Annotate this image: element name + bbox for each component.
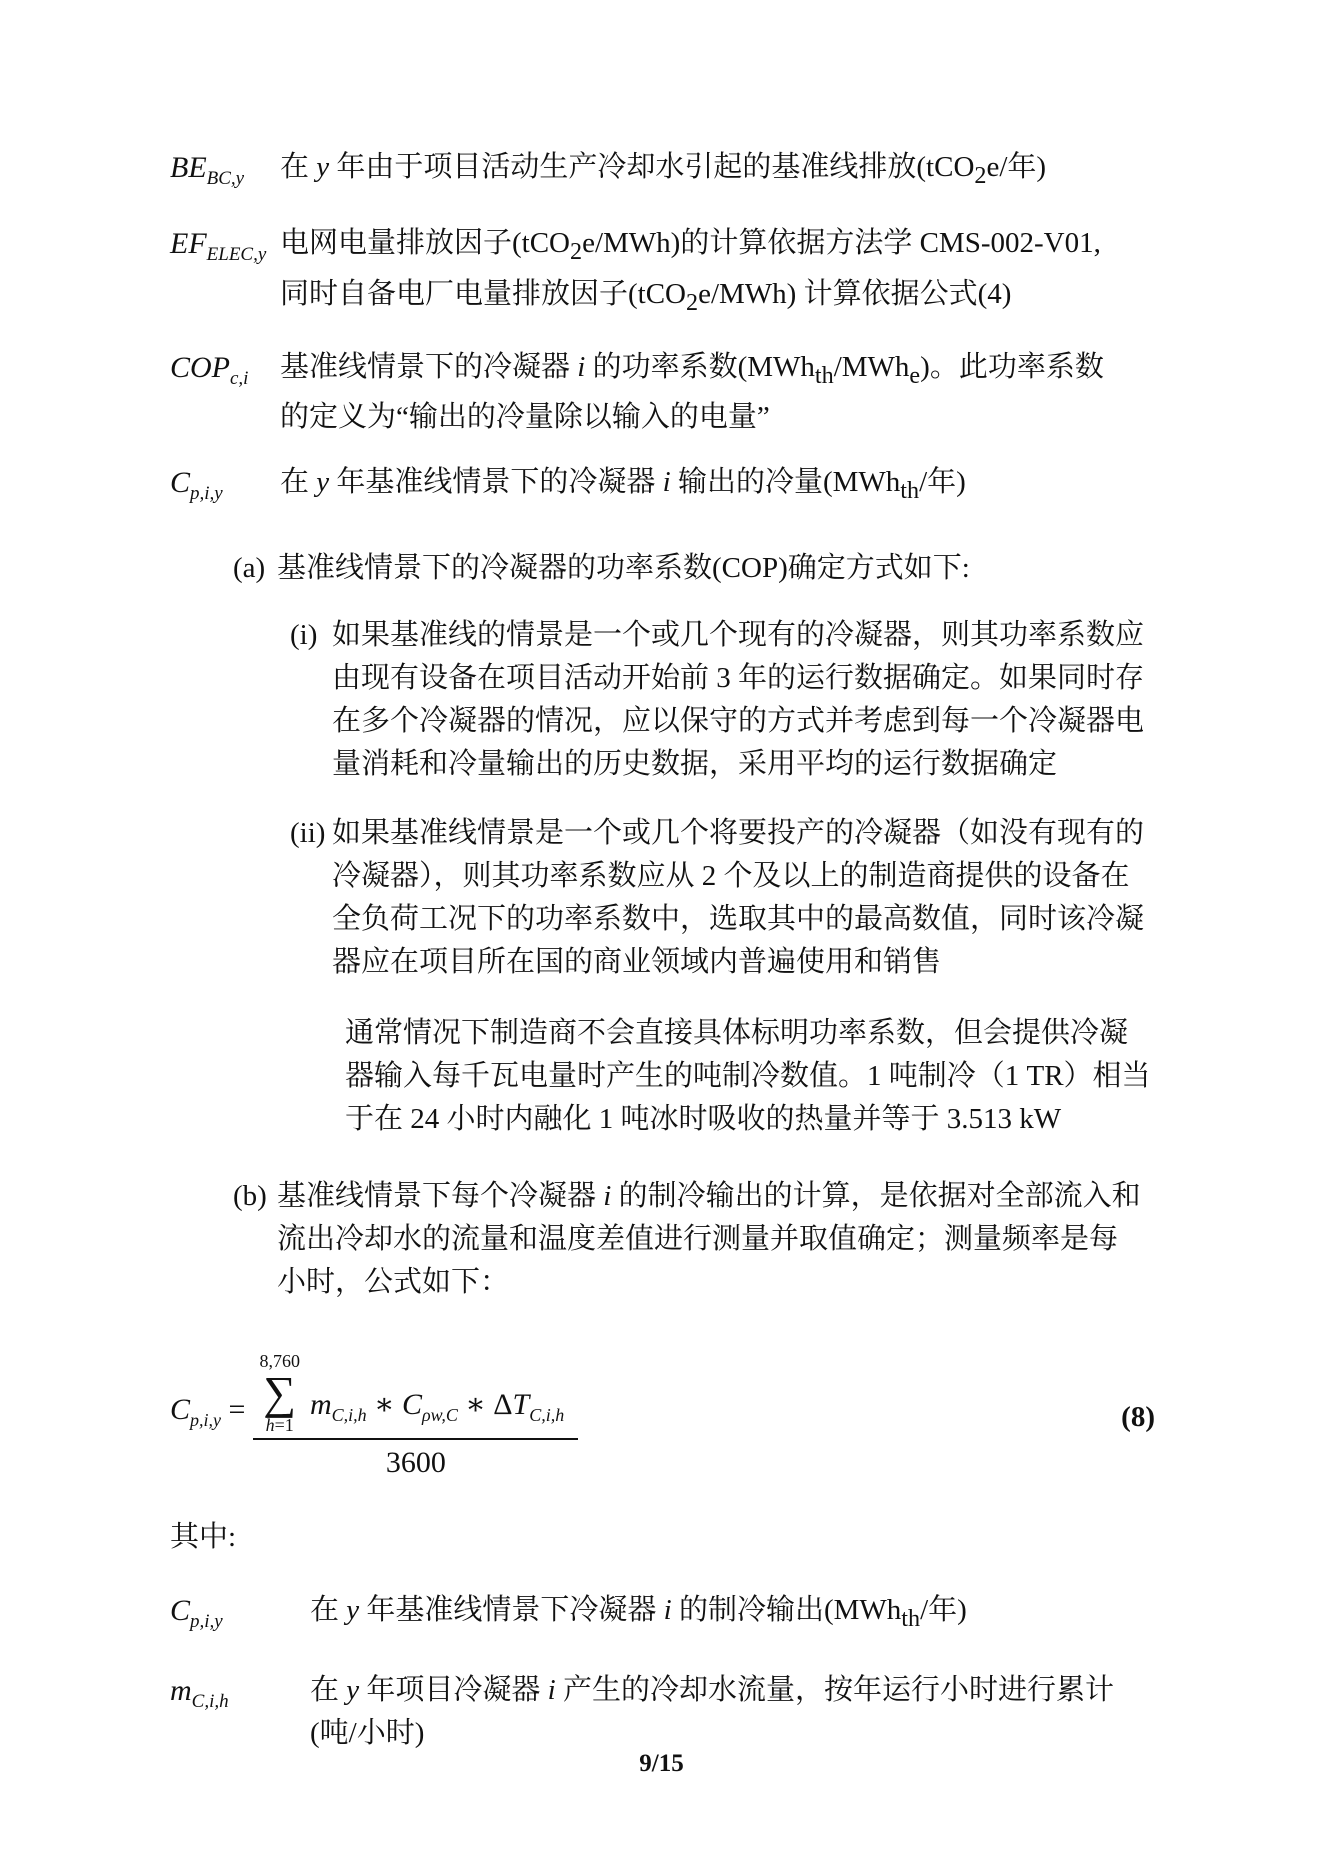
symbol-main: COP — [170, 351, 230, 384]
equation-fraction: 8,760 ∑ h=1 mC,i,h ∗ Cρw,C ∗ ΔTC,i,h 360… — [253, 1352, 578, 1479]
list-item-ii: (ii) 如果基准线情景是一个或几个将要投产的冷凝器（如没有现有的 冷凝器），则… — [290, 812, 1155, 984]
equation-lhs: Cp,i,y = — [170, 1388, 245, 1442]
symbol-cpiy-bottom: Cp,i,y — [170, 1589, 310, 1643]
paragraph-line: 器输入每千瓦电量时产生的吨制冷数值。1 吨制冷（1 TR）相当 — [345, 1055, 1155, 1098]
equation-8: Cp,i,y = 8,760 ∑ h=1 mC,i,h ∗ Cρw,C ∗ ΔT… — [170, 1340, 1155, 1490]
symbol-subscript: C,i,h — [192, 1691, 229, 1712]
list-item-ii-text: 如果基准线情景是一个或几个将要投产的冷凝器（如没有现有的 冷凝器），则其功率系数… — [332, 812, 1144, 984]
definition-text: 在 y 年基准线情景下冷凝器 i 的制冷输出(MWhth/年) — [310, 1589, 1155, 1640]
where-label: 其中: — [170, 1516, 1155, 1559]
paragraph-line: 如果基准线的情景是一个或几个现有的冷凝器，则其功率系数应 — [332, 614, 1144, 657]
list-marker-ii: (ii) — [290, 812, 332, 984]
definition-line: 同时自备电厂电量排放因子(tCO2e/MWh) 计算依据公式(4) — [280, 273, 1155, 324]
paragraph-line: 量消耗和冷量输出的历史数据，采用平均的运行数据确定 — [332, 743, 1144, 786]
summation-symbol: 8,760 ∑ h=1 — [259, 1352, 300, 1434]
paragraph-line: 通常情况下制造商不会直接具体标明功率系数，但会提供冷凝 — [345, 1012, 1155, 1055]
definition-row-ef: EFELEC,y 电网电量排放因子(tCO2e/MWh)的计算依据方法学 CMS… — [170, 222, 1155, 324]
definition-line: 基准线情景下的冷凝器 i 的功率系数(MWhth/MWhe)。此功率系数 — [280, 346, 1155, 397]
symbol-subscript: BC,y — [207, 168, 244, 189]
note-paragraph: 通常情况下制造商不会直接具体标明功率系数，但会提供冷凝 器输入每千瓦电量时产生的… — [345, 1012, 1155, 1141]
symbol-cpiy: Cp,i,y — [170, 461, 280, 515]
symbol-main: C — [170, 466, 190, 499]
definition-text: 在 y 年由于项目活动生产冷却水引起的基准线排放(tCO2e/年) — [280, 146, 1155, 197]
equation-numerator: 8,760 ∑ h=1 mC,i,h ∗ Cρw,C ∗ ΔTC,i,h — [253, 1352, 578, 1438]
symbol-main: BE — [170, 151, 207, 184]
symbol-main: C — [170, 1594, 190, 1627]
paragraph-line: 冷凝器），则其功率系数应从 2 个及以上的制造商提供的设备在 — [332, 855, 1144, 898]
definition-line: 在 y 年基准线情景下的冷凝器 i 输出的冷量(MWhth/年) — [280, 461, 1155, 512]
paragraph-line: 在多个冷凝器的情况，应以保守的方式并考虑到每一个冷凝器电 — [332, 700, 1144, 743]
symbol-cop: COPc,i — [170, 346, 280, 400]
definition-row-cop: COPc,i 基准线情景下的冷凝器 i 的功率系数(MWhth/MWhe)。此功… — [170, 346, 1155, 440]
list-item-a-text: 基准线情景下的冷凝器的功率系数(COP)确定方式如下: — [277, 547, 970, 590]
equation-number: (8) — [1121, 1396, 1155, 1439]
symbol-subscript: ELEC,y — [207, 244, 267, 265]
list-marker-a: (a) — [233, 547, 277, 590]
definition-line: 在 y 年基准线情景下冷凝器 i 的制冷输出(MWhth/年) — [310, 1589, 1155, 1640]
list-marker-i: (i) — [290, 614, 332, 786]
paragraph-line: 如果基准线情景是一个或几个将要投产的冷凝器（如没有现有的 — [332, 812, 1144, 855]
definition-row-be: BEBC,y 在 y 年由于项目活动生产冷却水引起的基准线排放(tCO2e/年) — [170, 146, 1155, 200]
definition-line: 在 y 年由于项目活动生产冷却水引起的基准线排放(tCO2e/年) — [280, 146, 1155, 197]
paragraph-line: 由现有设备在项目活动开始前 3 年的运行数据确定。如果同时存 — [332, 657, 1144, 700]
symbol-main: EF — [170, 227, 207, 260]
definition-row-cpiy: Cp,i,y 在 y 年基准线情景下的冷凝器 i 输出的冷量(MWhth/年) — [170, 461, 1155, 515]
symbol-ef: EFELEC,y — [170, 222, 280, 276]
list-marker-b: (b) — [233, 1175, 277, 1304]
definition-text: 在 y 年基准线情景下的冷凝器 i 输出的冷量(MWhth/年) — [280, 461, 1155, 512]
equation-denominator: 3600 — [253, 1438, 578, 1479]
page-number: 9/15 — [0, 1742, 1323, 1785]
document-page: BEBC,y 在 y 年由于项目活动生产冷却水引起的基准线排放(tCO2e/年)… — [0, 0, 1323, 1871]
symbol-be: BEBC,y — [170, 146, 280, 200]
paragraph-line: 器应在项目所在国的商业领域内普遍使用和销售 — [332, 941, 1144, 984]
paragraph-line: 小时，公式如下： — [277, 1261, 1141, 1304]
definition-row-cpiy-bottom: Cp,i,y 在 y 年基准线情景下冷凝器 i 的制冷输出(MWhth/年) — [170, 1589, 1155, 1643]
symbol-subscript: p,i,y — [190, 1611, 223, 1632]
definition-line: 的定义为“输出的冷量除以输入的电量” — [280, 396, 1155, 439]
summation-lower-limit: h=1 — [266, 1416, 294, 1434]
paragraph-line: 于在 24 小时内融化 1 吨冰时吸收的热量并等于 3.513 kW — [345, 1098, 1155, 1141]
list-item-i: (i) 如果基准线的情景是一个或几个现有的冷凝器，则其功率系数应 由现有设备在项… — [290, 614, 1155, 786]
symbol-subscript: c,i — [230, 368, 248, 389]
paragraph-line: 全负荷工况下的功率系数中，选取其中的最高数值，同时该冷凝 — [332, 898, 1144, 941]
symbol-mcih: mC,i,h — [170, 1669, 310, 1723]
symbol-main: m — [170, 1674, 192, 1707]
definition-line: 在 y 年项目冷凝器 i 产生的冷却水流量，按年运行小时进行累计 — [310, 1669, 1155, 1712]
list-item-b-text: 基准线情景下每个冷凝器 i 的制冷输出的计算，是依据对全部流入和 流出冷却水的流… — [277, 1175, 1141, 1304]
definition-line: 电网电量排放因子(tCO2e/MWh)的计算依据方法学 CMS-002-V01, — [280, 222, 1155, 273]
list-item-b: (b) 基准线情景下每个冷凝器 i 的制冷输出的计算，是依据对全部流入和 流出冷… — [233, 1175, 1155, 1304]
definition-text: 基准线情景下的冷凝器 i 的功率系数(MWhth/MWhe)。此功率系数 的定义… — [280, 346, 1155, 440]
symbol-subscript: p,i,y — [190, 483, 223, 504]
paragraph-line: 流出冷却水的流量和温度差值进行测量并取值确定；测量频率是每 — [277, 1218, 1141, 1261]
list-item-a: (a) 基准线情景下的冷凝器的功率系数(COP)确定方式如下: — [233, 547, 1155, 590]
definition-text: 电网电量排放因子(tCO2e/MWh)的计算依据方法学 CMS-002-V01,… — [280, 222, 1155, 324]
sigma-icon: ∑ — [263, 1372, 296, 1413]
list-item-i-text: 如果基准线的情景是一个或几个现有的冷凝器，则其功率系数应 由现有设备在项目活动开… — [332, 614, 1144, 786]
numerator-terms: mC,i,h ∗ Cρw,C ∗ ΔTC,i,h — [310, 1390, 564, 1434]
paragraph-line: 基准线情景下每个冷凝器 i 的制冷输出的计算，是依据对全部流入和 — [277, 1175, 1141, 1218]
